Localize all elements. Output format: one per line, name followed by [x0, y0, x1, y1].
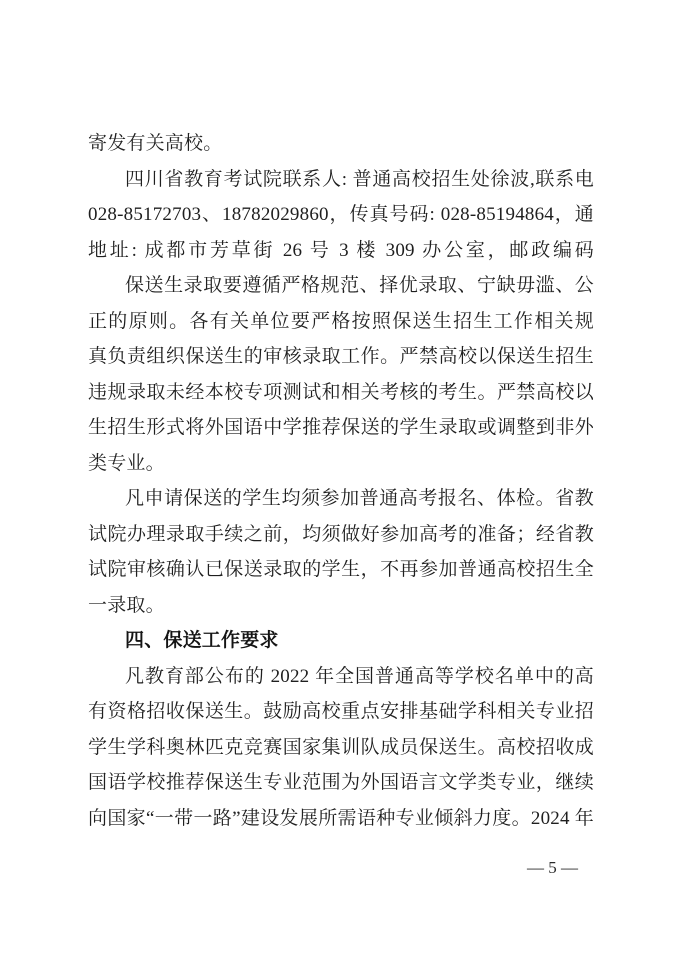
- body-line: 向国家“一带一路”建设发展所需语种专业倾斜力度。2024 年起，: [88, 801, 594, 837]
- document-page: 寄发有关高校。 四川省教育考试院联系人: 普通高校招生处徐波,联系电话: 028…: [0, 0, 680, 961]
- body-line: 寄发有关高校。: [88, 126, 594, 162]
- body-line: 四川省教育考试院联系人: 普通高校招生处徐波,联系电话:: [88, 162, 594, 198]
- document-body: 寄发有关高校。 四川省教育考试院联系人: 普通高校招生处徐波,联系电话: 028…: [88, 126, 594, 836]
- body-line: 类专业。: [88, 446, 594, 482]
- body-line: 凡申请保送的学生均须参加普通高考报名、体检。省教育考: [88, 481, 594, 517]
- body-line: 学生学科奥林匹克竞赛国家集训队成员保送生。高校招收成都外: [88, 730, 594, 766]
- body-line: 试院审核确认已保送录取的学生，不再参加普通高校招生全国统: [88, 552, 594, 588]
- body-line: 国语学校推荐保送生专业范围为外国语言文学类专业，继续加大: [88, 765, 594, 801]
- body-line: 有资格招收保送生。鼓励高校重点安排基础学科相关专业招收中: [88, 694, 594, 730]
- body-line: 028-85172703、18782029860，传真号码: 028-85194…: [88, 197, 594, 233]
- body-line: 保送生录取要遵循严格规范、择优录取、宁缺毋滥、公平公: [88, 268, 594, 304]
- body-line: 试院办理录取手续之前，均须做好参加高考的准备；经省教育考: [88, 517, 594, 553]
- section-heading: 四、保送工作要求: [88, 623, 594, 659]
- body-line: 一录取。: [88, 588, 594, 624]
- body-line: 生招生形式将外国语中学推荐保送的学生录取或调整到非外语: [88, 410, 594, 446]
- body-line: 地址: 成都市芳草街 26 号 3 楼 309 办公室，邮政编码 610041。: [88, 233, 594, 269]
- page-number: — 5 —: [527, 858, 578, 878]
- body-line: 违规录取未经本校专项测试和相关考核的考生。严禁高校以保送: [88, 375, 594, 411]
- body-line: 真负责组织保送生的审核录取工作。严禁高校以保送生招生形式: [88, 339, 594, 375]
- body-line: 凡教育部公布的 2022 年全国普通高等学校名单中的高校均: [88, 659, 594, 695]
- body-line: 正的原则。各有关单位要严格按照保送生招生工作相关规定，认: [88, 304, 594, 340]
